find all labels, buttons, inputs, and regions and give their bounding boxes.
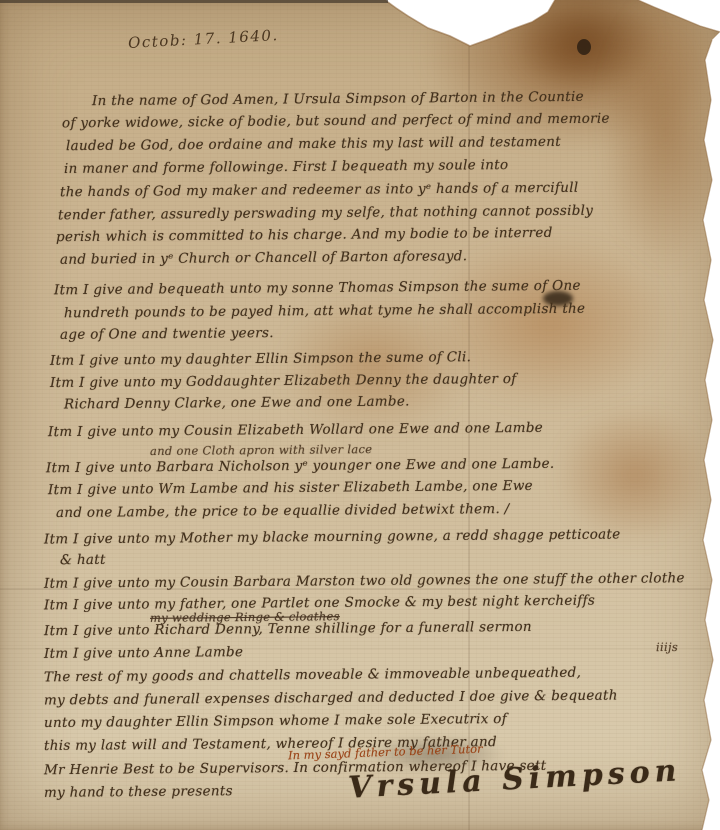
manuscript-line: Itm I give unto Anne Lambe <box>44 645 243 661</box>
manuscript-line: age of One and twentie yeers. <box>60 326 274 342</box>
manuscript-line: my debts and funerall expenses discharge… <box>44 688 618 707</box>
manuscript-line: of yorke widowe, sicke of bodie, but sou… <box>62 112 610 131</box>
manuscript-line: and one Lambe, the price to be equallie … <box>56 502 510 520</box>
manuscript-line: Richard Denny Clarke, one Ewe and one La… <box>64 394 410 411</box>
date-heading: Octob: 17. 1640. <box>128 26 279 52</box>
manuscript-line: & hatt <box>60 553 106 568</box>
manuscript-line: hundreth pounds to be payed him, att wha… <box>64 302 585 321</box>
manuscript-line: The rest of my goods and chattells movea… <box>44 666 581 685</box>
manuscript-line: Itm I give unto Barbara Nicholson yᵉ you… <box>46 457 555 476</box>
manuscript-line: in maner and forme followinge. First I b… <box>64 158 508 176</box>
manuscript-line: Itm I give unto my daughter Ellin Simpso… <box>50 350 471 368</box>
manuscript-line: Itm I give unto my Goddaughter Elizabeth… <box>50 372 517 390</box>
manuscript-line: tender father, assuredly perswading my s… <box>58 204 593 223</box>
manuscript-line: my hand to these presents <box>44 784 233 800</box>
manuscript-line: unto my daughter Ellin Simpson whome I m… <box>44 712 507 730</box>
manuscript-text: Octob: 17. 1640. In the name of God Amen… <box>0 0 720 830</box>
manuscript-interlineation: and one Cloth apron with silver lace <box>150 443 372 457</box>
manuscript-line: and buried in yᵉ Church or Chancell of B… <box>60 249 467 267</box>
manuscript-page: Octob: 17. 1640. In the name of God Amen… <box>0 0 720 830</box>
amount-note: iiijs <box>656 641 678 653</box>
manuscript-line: In the name of God Amen, I Ursula Simpso… <box>92 90 584 108</box>
manuscript-line: lauded be God, doe ordaine and make this… <box>66 135 561 153</box>
manuscript-line: the hands of God my maker and redeemer a… <box>60 181 579 200</box>
manuscript-line: perish which is committed to his charge.… <box>56 226 553 245</box>
manuscript-line: Itm I give unto my Mother my blacke mour… <box>44 527 621 546</box>
manuscript-line: Itm I give unto my Cousin Barbara Marsto… <box>44 571 685 591</box>
manuscript-line: Itm I give and bequeath unto my sonne Th… <box>54 279 581 298</box>
manuscript-line: Itm I give unto Wm Lambe and his sister … <box>48 479 533 497</box>
manuscript-line: Itm I give unto Richard Denny, Tenne shi… <box>44 620 532 638</box>
manuscript-line: Itm I give unto my Cousin Elizabeth Woll… <box>48 421 543 439</box>
